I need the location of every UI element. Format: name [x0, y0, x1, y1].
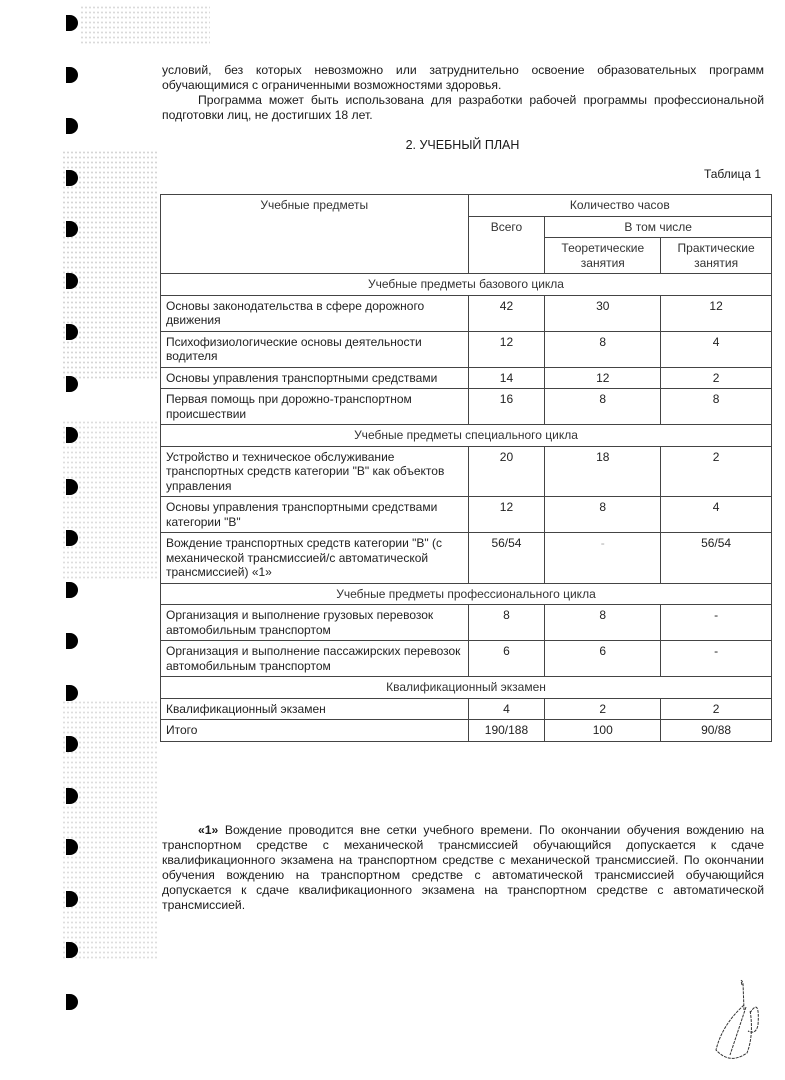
- table-caption: Таблица 1: [704, 167, 761, 181]
- total-hours-cell: 4: [468, 698, 545, 720]
- total-hours-cell: 14: [468, 367, 545, 389]
- table-row: Первая помощь при дорожно-транспортном п…: [161, 389, 772, 425]
- table-row: Организация и выполнение грузовых перево…: [161, 605, 772, 641]
- binder-hole: [66, 15, 78, 31]
- total-hours-cell: 20: [468, 446, 545, 497]
- subject-cell: Организация и выполнение грузовых перево…: [161, 605, 469, 641]
- table-row: Организация и выполнение пассажирских пе…: [161, 641, 772, 677]
- header-total: Всего: [468, 216, 545, 274]
- table-row: Квалификационный экзамен422: [161, 698, 772, 720]
- header-hours: Количество часов: [468, 195, 771, 217]
- practice-hours-cell: 56/54: [661, 533, 772, 584]
- table-row: Психофизиологические основы деятельности…: [161, 331, 772, 367]
- total-label-cell: Итого: [161, 720, 469, 742]
- binder-hole: [66, 118, 78, 134]
- table-row: Устройство и техническое обслуживание тр…: [161, 446, 772, 497]
- section-row: Учебные предметы специального цикла: [161, 425, 772, 447]
- scan-noise: [62, 420, 157, 580]
- section-title-cell: Учебные предметы профессионального цикла: [161, 583, 772, 605]
- intro-paragraph-1: условий, без которых невозможно или затр…: [162, 63, 764, 93]
- practice-hours-cell: 12: [661, 295, 772, 331]
- practice-total-cell: 90/88: [661, 720, 772, 742]
- theory-hours-cell: 8: [545, 605, 661, 641]
- signature-icon: [712, 975, 782, 1065]
- table-row: Основы законодательства в сфере дорожног…: [161, 295, 772, 331]
- subject-cell: Основы управления транспортными средства…: [161, 367, 469, 389]
- total-hours-cell: 56/54: [468, 533, 545, 584]
- footnote: «1» Вождение проводится вне сетки учебно…: [162, 823, 764, 913]
- header-theory: Теоретические занятия: [545, 238, 661, 274]
- section-title-cell: Учебные предметы базового цикла: [161, 274, 772, 296]
- subject-cell: Квалификационный экзамен: [161, 698, 469, 720]
- theory-hours-cell: 6: [545, 641, 661, 677]
- table-row: Основы управления транспортными средства…: [161, 367, 772, 389]
- header-subjects: Учебные предметы: [161, 195, 469, 274]
- scan-noise: [62, 150, 157, 380]
- binder-hole: [66, 582, 78, 598]
- table-row: Вождение транспортных средств категории …: [161, 533, 772, 584]
- theory-hours-cell: 18: [545, 446, 661, 497]
- total-hours-cell: 8: [468, 605, 545, 641]
- section-title-cell: Учебные предметы специального цикла: [161, 425, 772, 447]
- theory-hours-cell: -: [545, 533, 661, 584]
- table-row: Основы управления транспортными средства…: [161, 497, 772, 533]
- theory-total-cell: 100: [545, 720, 661, 742]
- intro-text: условий, без которых невозможно или затр…: [162, 63, 764, 123]
- total-hours-cell: 42: [468, 295, 545, 331]
- footnote-text: Вождение проводится вне сетки учебного в…: [162, 823, 764, 912]
- binder-hole: [66, 633, 78, 649]
- practice-hours-cell: -: [661, 605, 772, 641]
- curriculum-table-body: Учебные предметы базового циклаОсновы за…: [161, 274, 772, 742]
- intro-paragraph-2: Программа может быть использована для ра…: [162, 93, 764, 123]
- theory-hours-cell: 12: [545, 367, 661, 389]
- total-hours-cell: 12: [468, 331, 545, 367]
- practice-hours-cell: -: [661, 641, 772, 677]
- section-row: Квалификационный экзамен: [161, 677, 772, 699]
- theory-hours-cell: 8: [545, 389, 661, 425]
- binder-hole: [66, 685, 78, 701]
- subject-cell: Основы законодательства в сфере дорожног…: [161, 295, 469, 331]
- total-row: Итого190/18810090/88: [161, 720, 772, 742]
- grand-total-cell: 190/188: [468, 720, 545, 742]
- practice-hours-cell: 2: [661, 367, 772, 389]
- subject-cell: Организация и выполнение пассажирских пе…: [161, 641, 469, 677]
- subject-cell: Вождение транспортных средств категории …: [161, 533, 469, 584]
- practice-hours-cell: 8: [661, 389, 772, 425]
- theory-hours-cell: 8: [545, 497, 661, 533]
- header-including: В том числе: [545, 216, 772, 238]
- theory-hours-cell: 2: [545, 698, 661, 720]
- practice-hours-cell: 2: [661, 698, 772, 720]
- footnote-marker: «1»: [198, 823, 218, 837]
- practice-hours-cell: 4: [661, 331, 772, 367]
- subject-cell: Первая помощь при дорожно-транспортном п…: [161, 389, 469, 425]
- binder-hole: [66, 994, 78, 1010]
- section-row: Учебные предметы профессионального цикла: [161, 583, 772, 605]
- theory-hours-cell: 8: [545, 331, 661, 367]
- practice-hours-cell: 2: [661, 446, 772, 497]
- subject-cell: Устройство и техническое обслуживание тр…: [161, 446, 469, 497]
- total-hours-cell: 6: [468, 641, 545, 677]
- practice-hours-cell: 4: [661, 497, 772, 533]
- total-hours-cell: 16: [468, 389, 545, 425]
- binder-hole: [66, 67, 78, 83]
- section-row: Учебные предметы базового цикла: [161, 274, 772, 296]
- subject-cell: Основы управления транспортными средства…: [161, 497, 469, 533]
- curriculum-table: Учебные предметы Количество часов Всего …: [160, 194, 772, 742]
- section-title: 2. УЧЕБНЫЙ ПЛАН: [0, 138, 785, 152]
- subject-cell: Психофизиологические основы деятельности…: [161, 331, 469, 367]
- section-title-cell: Квалификационный экзамен: [161, 677, 772, 699]
- scan-noise: [80, 5, 210, 45]
- theory-hours-cell: 30: [545, 295, 661, 331]
- header-practice: Практические занятия: [661, 238, 772, 274]
- total-hours-cell: 12: [468, 497, 545, 533]
